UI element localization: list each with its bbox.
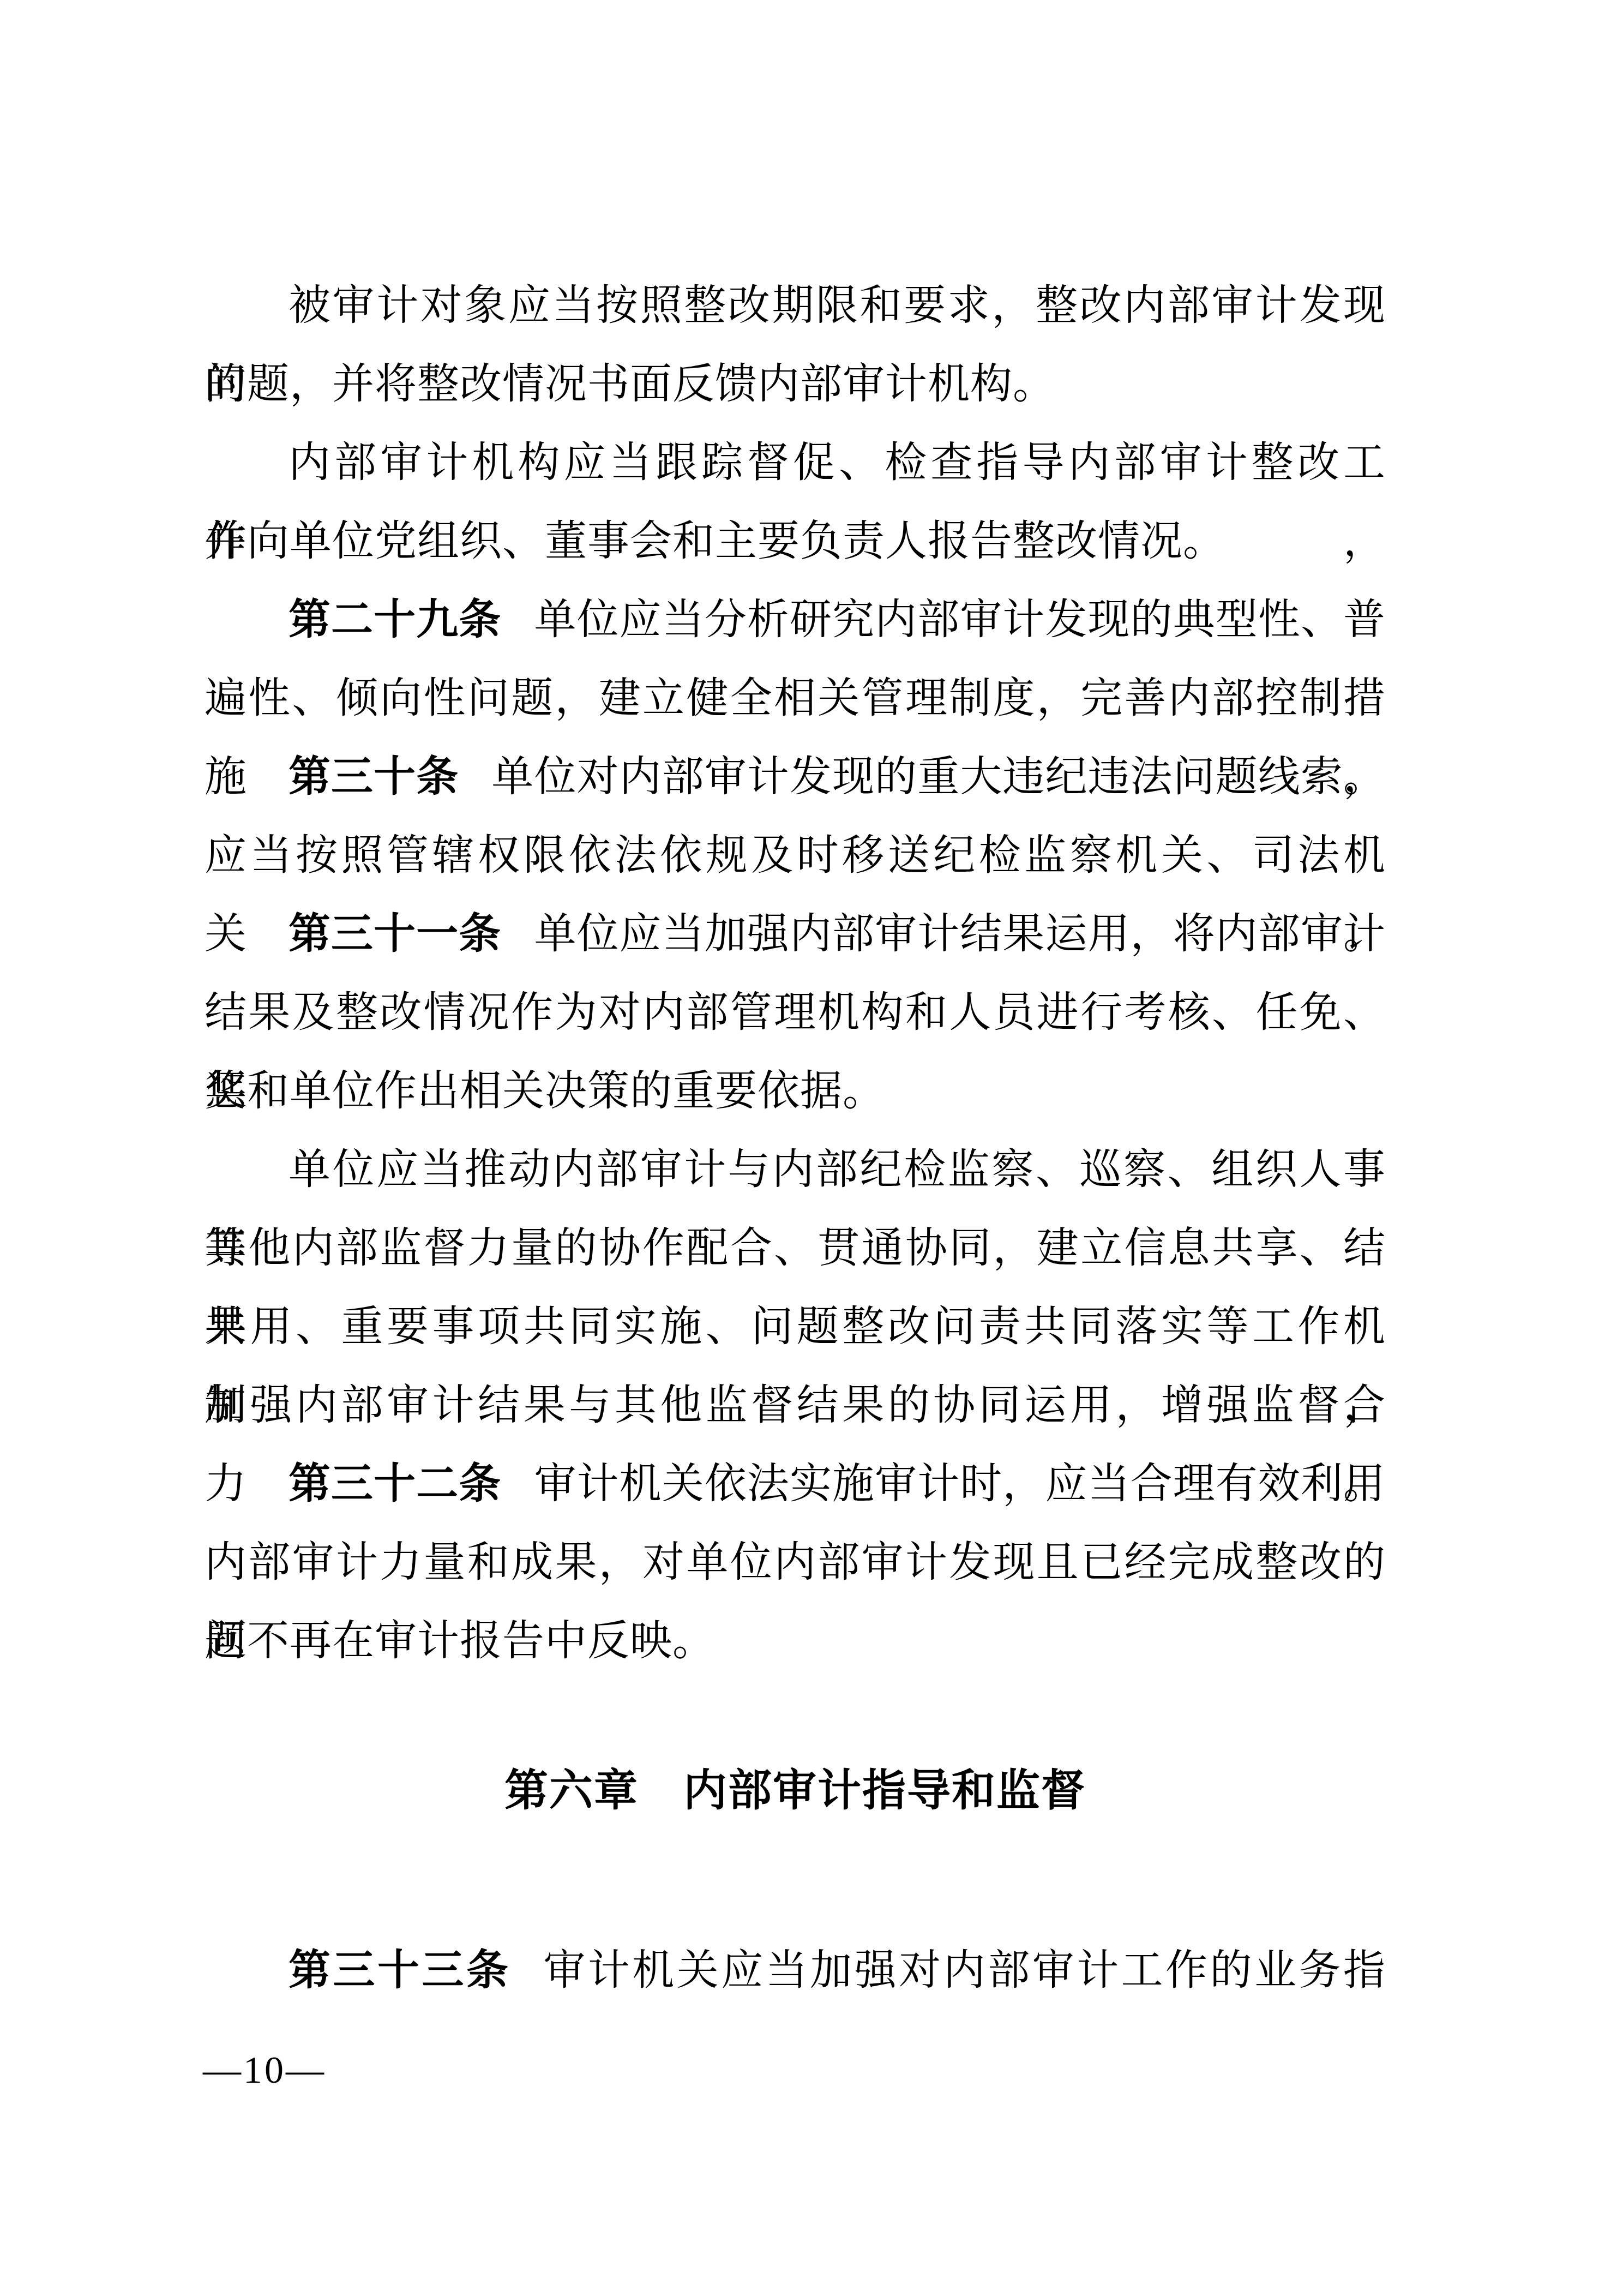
text-line: 结果及整改情况作为对内部管理机构和人员进行考核、任免、奖	[205, 973, 1386, 1052]
text-line: 内部审计机构应当跟踪督促、检查指导内部审计整改工作，	[205, 423, 1386, 502]
line-text: 单位应当分析研究内部审计发现的典型性、普	[534, 596, 1386, 643]
document-page: 被审计对象应当按照整改期限和要求，整改内部审计发现的问题，并将整改情况书面反馈内…	[0, 0, 1623, 2296]
text-line: 其他内部监督力量的协作配合、贯通协同，建立信息共享、结果	[205, 1209, 1386, 1287]
text-line: 第三十一条单位应当加强内部审计结果运用，将内部审计	[205, 895, 1386, 973]
text-block: 被审计对象应当按照整改期限和要求，整改内部审计发现的问题，并将整改情况书面反馈内…	[205, 266, 1386, 2010]
lines-before-heading: 被审计对象应当按照整改期限和要求，整改内部审计发现的问题，并将整改情况书面反馈内…	[205, 266, 1386, 1680]
line-text: 惩和单位作出相关决策的重要依据。	[205, 1068, 885, 1114]
text-line: 应当按照管辖权限依法依规及时移送纪检监察机关、司法机关。	[205, 816, 1386, 895]
text-line: 题不再在审计报告中反映。	[205, 1602, 1386, 1680]
line-text: 单位对内部审计发现的重大违纪违法问题线索，	[491, 753, 1386, 800]
article-number: 第三十三条	[288, 1947, 510, 1994]
text-line: 问题，并将整改情况书面反馈内部审计机构。	[205, 345, 1386, 423]
text-line: 遍性、倾向性问题，建立健全相关管理制度，完善内部控制措施。	[205, 659, 1386, 738]
text-line: 被审计对象应当按照整改期限和要求，整改内部审计发现的	[205, 266, 1386, 345]
text-line: 单位应当推动内部审计与内部纪检监察、巡察、组织人事等	[205, 1130, 1386, 1209]
chapter-heading: 第六章 内部审计指导和监督	[205, 1751, 1386, 1830]
article-number: 第三十一条	[288, 910, 501, 957]
article-number: 第三十二条	[288, 1460, 501, 1507]
line-text: 审计机关应当加强对内部审计工作的业务指	[543, 1947, 1386, 1994]
article-number: 第三十条	[288, 753, 459, 800]
line-text: 审计机关依法实施审计时，应当合理有效利用	[534, 1460, 1386, 1507]
line-text: 问题，并将整改情况书面反馈内部审计机构。	[205, 361, 1055, 407]
text-line: 并向单位党组织、董事会和主要负责人报告整改情况。	[205, 502, 1386, 580]
text-line: 惩和单位作出相关决策的重要依据。	[205, 1052, 1386, 1130]
text-line: 第三十二条审计机关依法实施审计时，应当合理有效利用	[205, 1444, 1386, 1523]
text-line: 第三十条单位对内部审计发现的重大违纪违法问题线索，	[205, 738, 1386, 816]
line-text: 单位应当加强内部审计结果运用，将内部审计	[534, 910, 1386, 957]
text-line: 加强内部审计结果与其他监督结果的协同运用，增强监督合力。	[205, 1366, 1386, 1444]
text-line: 共用、重要事项共同实施、问题整改问责共同落实等工作机制，	[205, 1287, 1386, 1366]
text-line: 内部审计力量和成果，对单位内部审计发现且已经完成整改的问	[205, 1523, 1386, 1602]
lines-after-heading: 第三十三条审计机关应当加强对内部审计工作的业务指	[205, 1931, 1386, 2010]
line-text: 并向单位党组织、董事会和主要负责人报告整改情况。	[205, 518, 1225, 565]
line-text: 题不再在审计报告中反映。	[205, 1617, 715, 1664]
article-number: 第二十九条	[288, 596, 501, 643]
text-line: 第二十九条单位应当分析研究内部审计发现的典型性、普	[205, 580, 1386, 659]
text-line: 第三十三条审计机关应当加强对内部审计工作的业务指	[205, 1931, 1386, 2010]
page-number: —10—	[203, 2049, 326, 2093]
